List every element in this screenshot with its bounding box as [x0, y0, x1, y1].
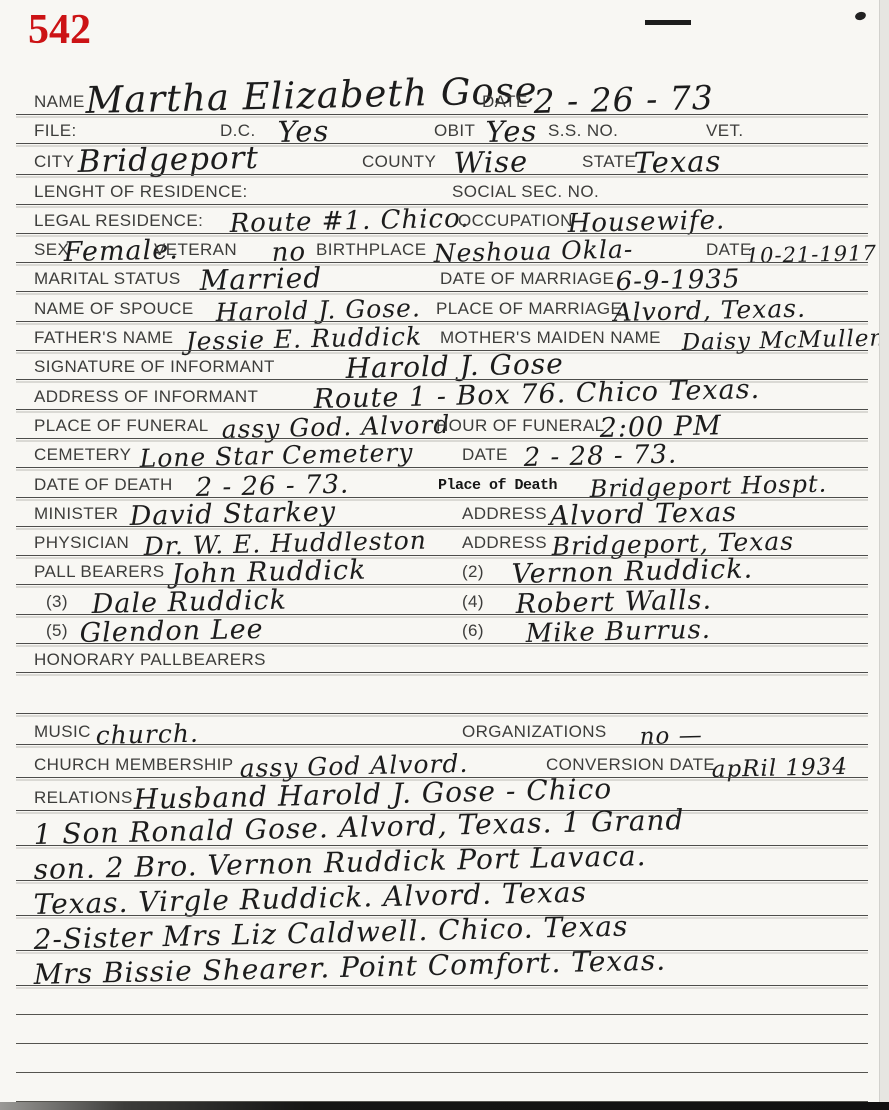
relations-row-4: Texas. Virgle Ruddick. Alvord. Texas — [34, 881, 860, 916]
informant-signature-label: SIGNATURE OF INFORMANT — [34, 357, 275, 377]
relations-row-2: 1 Son Ronald Gose. Alvord, Texas. 1 Gran… — [34, 811, 860, 846]
state-label: STATE — [582, 152, 636, 172]
marriage-date-label: DATE OF MARRIAGE — [440, 269, 614, 289]
death-place-label: Place of Death — [438, 477, 557, 494]
veteran-label: VETERAN — [154, 240, 237, 260]
social-sec-label: SOCIAL SEC. NO. — [452, 182, 599, 202]
record-form: NAME Martha Elizabeth Gose DATE 2 - 26 -… — [34, 84, 860, 1102]
scan-bottom-edge — [0, 1102, 889, 1110]
file-label: FILE: — [34, 121, 77, 141]
pallbearer-4-number: (4) — [462, 592, 484, 612]
row-legal-residence: LEGAL RESIDENCE: Route #1. Chico. OCCUPA… — [34, 205, 860, 234]
scan-right-edge — [879, 0, 889, 1110]
relations-row-5: 2-Sister Mrs Liz Caldwell. Chico. Texas — [34, 916, 860, 951]
row-informant-address: ADDRESS OF INFORMANT Route 1 - Box 76. C… — [34, 380, 860, 409]
death-date-label: DATE OF DEATH — [34, 475, 173, 495]
row-funeral-place: PLACE OF FUNERAL assy God. Alvord HOUR O… — [34, 410, 860, 439]
row-spouse: NAME OF SPOUCE Harold J. Gose. PLACE OF … — [34, 292, 860, 321]
minister-label: MINISTER — [34, 504, 118, 524]
pallbearer-3-number: (3) — [46, 592, 68, 612]
pallbearer-2-number: (2) — [462, 562, 484, 582]
row-church: CHURCH MEMBERSHIP assy God Alvord. CONVE… — [34, 745, 860, 778]
row-name: NAME Martha Elizabeth Gose DATE 2 - 26 -… — [34, 84, 860, 115]
obit-label: OBIT — [434, 121, 475, 141]
organizations-label: ORGANIZATIONS — [462, 722, 607, 742]
cemetery-label: CEMETERY — [34, 445, 131, 465]
name-label: NAME — [34, 92, 85, 112]
honorary-pallbearers-label: HONORARY PALLBEARERS — [34, 650, 266, 670]
pallbearers-label: PALL BEARERS — [34, 562, 164, 582]
occupation-label: OCCUPATION — [458, 211, 573, 231]
relations-line-6: Mrs Bissie Shearer. Point Comfort. Texas… — [33, 944, 666, 991]
row-residence-length: LENGHT OF RESIDENCE: SOCIAL SEC. NO. — [34, 175, 860, 204]
row-pallbearers-3: (5) Glendon Lee (6) Mike Burrus. — [34, 615, 860, 644]
scanned-document-page: 542 NAME Martha Elizabeth Gose DATE 2 - … — [0, 0, 889, 1110]
row-marital: MARITAL STATUS Married DATE OF MARRIAGE … — [34, 263, 860, 292]
birthplace-label: BIRTHPLACE — [316, 240, 426, 260]
pallbearer-6-number: (6) — [462, 621, 484, 641]
row-music: MUSIC church. ORGANIZATIONS no — — [34, 714, 860, 745]
relations-row-6: Mrs Bissie Shearer. Point Comfort. Texas… — [34, 951, 860, 986]
cemetery-date-label: DATE — [462, 445, 508, 465]
residence-length-label: LENGHT OF RESIDENCE: — [34, 182, 248, 202]
marital-status-label: MARITAL STATUS — [34, 269, 181, 289]
row-city: CITY Bridgeport COUNTY Wise STATE Texas — [34, 144, 860, 175]
father-name-label: FATHER'S NAME — [34, 328, 173, 348]
dc-label: D.C. — [220, 121, 256, 141]
county-label: COUNTY — [362, 152, 436, 172]
page-number: 542 — [28, 6, 91, 54]
row-pallbearers-1: PALL BEARERS John Ruddick (2) Vernon Rud… — [34, 556, 860, 585]
legal-residence-label: LEGAL RESIDENCE: — [34, 211, 203, 231]
informant-address-label: ADDRESS OF INFORMANT — [34, 387, 258, 407]
music-label: MUSIC — [34, 722, 91, 742]
row-relations: RELATIONS Husband Harold J. Gose - Chico — [34, 778, 860, 811]
pallbearer-5-number: (5) — [46, 621, 68, 641]
blank-ruled-line — [34, 1073, 860, 1102]
scan-mark-dash — [645, 20, 691, 25]
marriage-place-label: PLACE OF MARRIAGE — [436, 299, 622, 319]
relations-row-3: son. 2 Bro. Vernon Ruddick Port Lavaca. — [34, 846, 860, 881]
informant-address-value: Route 1 - Box 76. Chico Texas. — [313, 374, 760, 415]
physician-label: PHYSICIAN — [34, 533, 129, 553]
physician-address-label: ADDRESS — [462, 533, 547, 553]
row-honorary-pallbearers: HONORARY PALLBEARERS — [34, 644, 860, 673]
funeral-place-label: PLACE OF FUNERAL — [34, 416, 209, 436]
blank-ruled-line — [34, 1044, 860, 1073]
row-cemetery: CEMETERY Lone Star Cemetery DATE 2 - 28 … — [34, 439, 860, 468]
funeral-hour-label: HOUR OF FUNERAL — [436, 416, 604, 436]
ssno-label: S.S. NO. — [548, 121, 618, 141]
spouse-name-label: NAME OF SPOUCE — [34, 299, 194, 319]
blank-ruled-line — [34, 986, 860, 1015]
row-pallbearers-2: (3) Dale Ruddick (4) Robert Walls. — [34, 585, 860, 614]
mother-maiden-name-label: MOTHER'S MAIDEN NAME — [440, 328, 661, 348]
scan-mark-dot — [854, 11, 867, 22]
row-spacer — [34, 673, 860, 714]
blank-ruled-line — [34, 1015, 860, 1044]
minister-address-label: ADDRESS — [462, 504, 547, 524]
row-minister: MINISTER David Starkey ADDRESS Alvord Te… — [34, 498, 860, 527]
relations-label: RELATIONS — [34, 788, 133, 808]
name-date-label: DATE — [482, 92, 528, 112]
row-sex: SEX Female. VETERAN no BIRTHPLACE Neshou… — [34, 234, 860, 263]
row-death: DATE OF DEATH 2 - 26 - 73. Place of Deat… — [34, 468, 860, 497]
row-physician: PHYSICIAN Dr. W. E. Huddleston ADDRESS B… — [34, 527, 860, 556]
church-membership-label: CHURCH MEMBERSHIP — [34, 755, 233, 775]
vet-label: VET. — [706, 121, 744, 141]
city-value: Bridgeport — [77, 140, 259, 180]
row-parents: FATHER'S NAME Jessie E. Ruddick MOTHER'S… — [34, 322, 860, 351]
city-label: CITY — [34, 152, 74, 172]
row-file: FILE: D.C. Yes OBIT Yes S.S. NO. VET. — [34, 115, 860, 144]
